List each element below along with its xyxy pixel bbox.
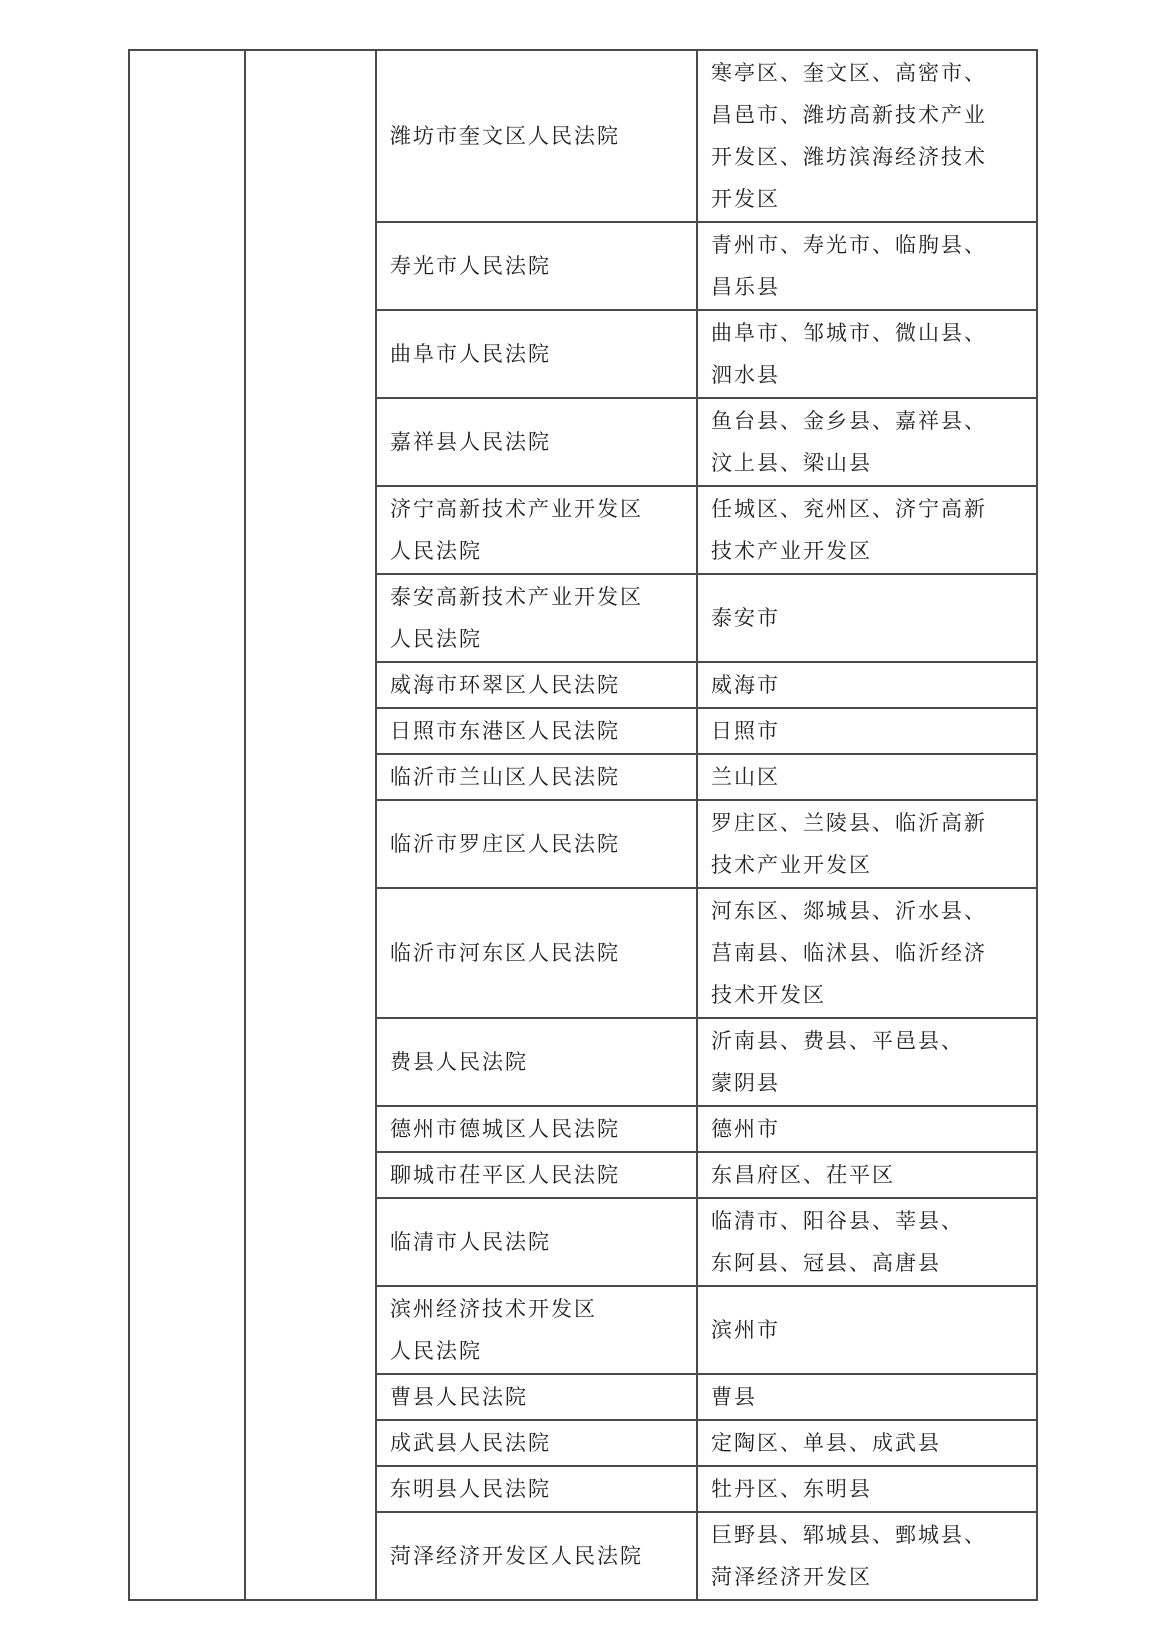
court-name-cell: 临沂市兰山区人民法院 — [376, 754, 697, 800]
jurisdiction-cell: 任城区、兖州区、济宁高新 技术产业开发区 — [697, 486, 1037, 574]
jurisdiction-cell: 德州市 — [697, 1106, 1037, 1152]
court-name-cell: 聊城市茌平区人民法院 — [376, 1152, 697, 1198]
court-name-cell: 济宁高新技术产业开发区 人民法院 — [376, 486, 697, 574]
jurisdiction-cell: 定陶区、单县、成武县 — [697, 1420, 1037, 1466]
court-name-cell: 临清市人民法院 — [376, 1198, 697, 1286]
jurisdiction-cell: 东昌府区、茌平区 — [697, 1152, 1037, 1198]
jurisdiction-cell: 威海市 — [697, 662, 1037, 708]
court-name-cell: 临沂市河东区人民法院 — [376, 888, 697, 1018]
court-name-cell: 泰安高新技术产业开发区 人民法院 — [376, 574, 697, 662]
court-name-cell: 曲阜市人民法院 — [376, 310, 697, 398]
court-name-cell: 东明县人民法院 — [376, 1466, 697, 1512]
court-name-cell: 嘉祥县人民法院 — [376, 398, 697, 486]
empty-cell-left-1 — [129, 50, 245, 1600]
court-name-cell: 威海市环翠区人民法院 — [376, 662, 697, 708]
jurisdiction-cell: 鱼台县、金乡县、嘉祥县、 汶上县、梁山县 — [697, 398, 1037, 486]
court-name-cell: 寿光市人民法院 — [376, 222, 697, 310]
jurisdiction-cell: 临清市、阳谷县、莘县、 东阿县、冠县、高唐县 — [697, 1198, 1037, 1286]
jurisdiction-cell: 牡丹区、东明县 — [697, 1466, 1037, 1512]
jurisdiction-cell: 沂南县、费县、平邑县、 蒙阴县 — [697, 1018, 1037, 1106]
jurisdiction-cell: 寒亭区、奎文区、高密市、 昌邑市、潍坊高新技术产业 开发区、潍坊滨海经济技术 开… — [697, 50, 1037, 222]
jurisdiction-cell: 兰山区 — [697, 754, 1037, 800]
court-name-cell: 临沂市罗庄区人民法院 — [376, 800, 697, 888]
jurisdiction-cell: 日照市 — [697, 708, 1037, 754]
jurisdiction-cell: 曲阜市、邹城市、微山县、 泗水县 — [697, 310, 1037, 398]
court-name-cell: 日照市东港区人民法院 — [376, 708, 697, 754]
jurisdiction-cell: 曹县 — [697, 1374, 1037, 1420]
court-name-cell: 曹县人民法院 — [376, 1374, 697, 1420]
jurisdiction-cell: 青州市、寿光市、临朐县、 昌乐县 — [697, 222, 1037, 310]
court-name-cell: 费县人民法院 — [376, 1018, 697, 1106]
court-name-cell: 滨州经济技术开发区 人民法院 — [376, 1286, 697, 1374]
jurisdiction-table: 潍坊市奎文区人民法院 寒亭区、奎文区、高密市、 昌邑市、潍坊高新技术产业 开发区… — [128, 49, 1038, 1601]
jurisdiction-cell: 泰安市 — [697, 574, 1037, 662]
jurisdiction-cell: 河东区、郯城县、沂水县、 莒南县、临沭县、临沂经济 技术开发区 — [697, 888, 1037, 1018]
document-page: 潍坊市奎文区人民法院 寒亭区、奎文区、高密市、 昌邑市、潍坊高新技术产业 开发区… — [0, 0, 1149, 1626]
jurisdiction-cell: 罗庄区、兰陵县、临沂高新 技术产业开发区 — [697, 800, 1037, 888]
court-name-cell: 菏泽经济开发区人民法院 — [376, 1512, 697, 1600]
jurisdiction-cell: 滨州市 — [697, 1286, 1037, 1374]
court-name-cell: 潍坊市奎文区人民法院 — [376, 50, 697, 222]
empty-cell-left-2 — [245, 50, 376, 1600]
court-name-cell: 成武县人民法院 — [376, 1420, 697, 1466]
table-row: 潍坊市奎文区人民法院 寒亭区、奎文区、高密市、 昌邑市、潍坊高新技术产业 开发区… — [129, 50, 1037, 222]
court-name-cell: 德州市德城区人民法院 — [376, 1106, 697, 1152]
jurisdiction-cell: 巨野县、郓城县、鄄城县、 菏泽经济开发区 — [697, 1512, 1037, 1600]
